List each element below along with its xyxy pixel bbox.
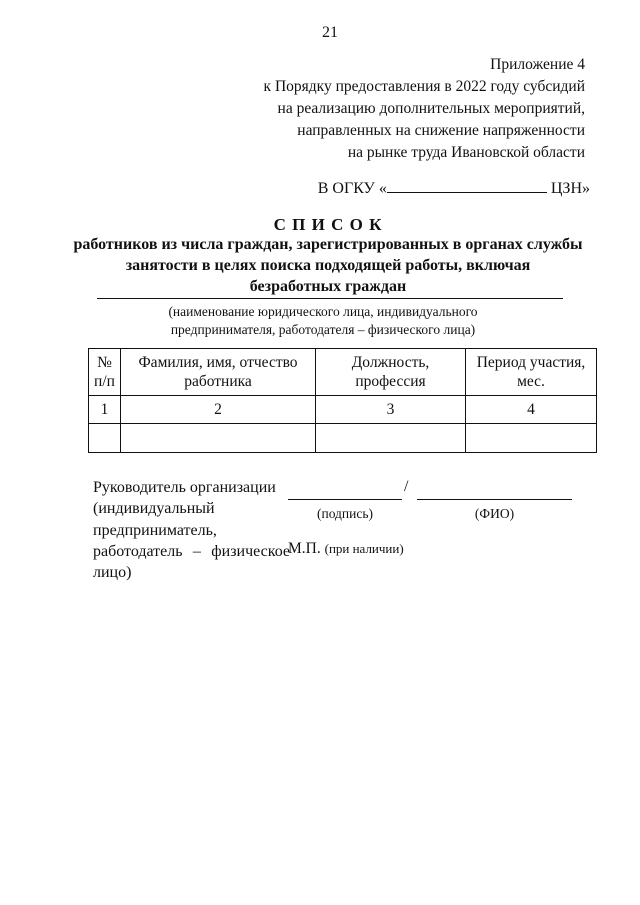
empty-cell <box>121 424 316 453</box>
col-header-text: Должность, <box>318 353 463 372</box>
list-title-subtitle: работников из числа граждан, зарегистрир… <box>16 234 640 297</box>
appendix-line: на рынке труда Ивановской области <box>264 142 585 164</box>
seal-note: (при наличии) <box>325 541 404 556</box>
document-page: 21 Приложение 4 к Порядку предоставления… <box>0 0 640 905</box>
list-title-heading: С П И С О К <box>16 215 640 235</box>
table-header-row: № п/п Фамилия, имя, отчество работника Д… <box>89 349 597 396</box>
col-header-text: Период участия, <box>468 353 594 372</box>
col-header-text: работника <box>123 372 313 391</box>
signatory-label: Руководитель организации (индивидуальный… <box>93 477 290 583</box>
org-name-caption-line: предпринимателя, работодателя – физическ… <box>3 321 640 339</box>
col-header-period: Период участия, мес. <box>466 349 597 396</box>
col-number-cell: 3 <box>316 396 466 424</box>
col-header-text: п/п <box>91 372 118 391</box>
list-title-line: работников из числа граждан, зарегистрир… <box>16 234 640 255</box>
appendix-line: на реализацию дополнительных мероприятий… <box>264 98 585 120</box>
col-header-position: Должность, профессия <box>316 349 466 396</box>
col-header-text: Фамилия, имя, отчество <box>123 353 313 372</box>
table-empty-row <box>89 424 597 453</box>
col-number-cell: 4 <box>466 396 597 424</box>
addressee-line: В ОГКУ « ЦЗН» <box>318 176 590 198</box>
workers-table: № п/п Фамилия, имя, отчество работника Д… <box>88 348 597 453</box>
empty-cell <box>316 424 466 453</box>
col-number-cell: 1 <box>89 396 121 424</box>
col-header-text: № <box>91 353 118 372</box>
seal-abbr: М.П. <box>288 540 321 557</box>
fio-blank-line <box>417 483 572 500</box>
signatory-label-line: работодатель – физическое <box>93 541 290 562</box>
appendix-line: к Порядку предоставления в 2022 году суб… <box>264 76 585 98</box>
addressee-blank-field <box>387 176 547 193</box>
appendix-line: Приложение 4 <box>264 54 585 76</box>
col-header-num: № п/п <box>89 349 121 396</box>
empty-cell <box>89 424 121 453</box>
addressee-prefix: В ОГКУ « <box>318 180 387 197</box>
signature-slash: / <box>404 478 408 496</box>
signatory-label-line: лицо) <box>93 562 290 583</box>
seal-mark: М.П. (при наличии) <box>288 540 404 558</box>
addressee-suffix: ЦЗН» <box>551 180 590 197</box>
col-header-name: Фамилия, имя, отчество работника <box>121 349 316 396</box>
list-title-line: занятости в целях поиска подходящей рабо… <box>16 255 640 276</box>
signatory-label-line: (индивидуальный <box>93 498 290 519</box>
appendix-line: направленных на снижение напряженности <box>264 120 585 142</box>
signatory-label-line: Руководитель организации <box>93 477 290 498</box>
signatory-label-line: предприниматель, <box>93 520 290 541</box>
col-header-text: профессия <box>318 372 463 391</box>
signature-blank-line <box>288 483 402 500</box>
org-name-caption: (наименование юридического лица, индивид… <box>3 303 640 339</box>
appendix-header: Приложение 4 к Порядку предоставления в … <box>264 54 585 164</box>
col-header-text: мес. <box>468 372 594 391</box>
list-title-line: безработных граждан <box>16 276 640 297</box>
org-name-caption-line: (наименование юридического лица, индивид… <box>3 303 640 321</box>
org-name-blank-line <box>97 298 563 299</box>
fio-caption: (ФИО) <box>417 506 572 522</box>
col-number-cell: 2 <box>121 396 316 424</box>
signature-caption: (подпись) <box>288 506 402 522</box>
table-numbering-row: 1 2 3 4 <box>89 396 597 424</box>
empty-cell <box>466 424 597 453</box>
page-number: 21 <box>20 24 640 42</box>
